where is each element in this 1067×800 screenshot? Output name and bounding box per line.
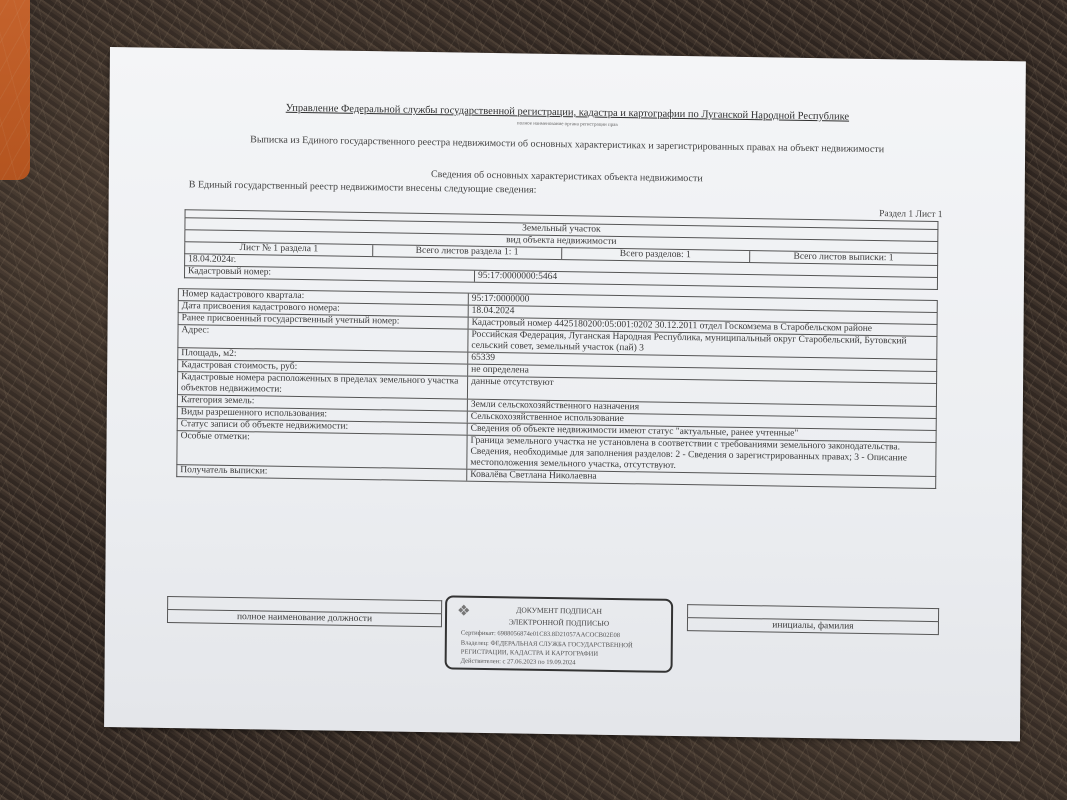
field-label: Кадастровые номера расположенных в преде… — [178, 372, 468, 399]
name-caption: инициалы, фамилия — [687, 617, 939, 635]
stamp-owner: Владелец: ФЕДЕРАЛЬНАЯ СЛУЖБА ГОСУДАРСТВЕ… — [461, 640, 633, 650]
section-sheet-label: Раздел 1 Лист 1 — [879, 209, 942, 220]
stamp-certificate: Сертификат: 6988056874e01C83.8D21057AACO… — [461, 630, 620, 639]
position-caption: полное наименование должности — [167, 609, 442, 627]
object-header-table: Земельный участок вид объекта недвижимос… — [184, 209, 939, 290]
stamp-owner-2: РЕГИСТРАЦИИ, КАДАСТРА И КАРТОГРАФИИ — [461, 649, 598, 658]
document-sheet: Управление Федеральной службы государств… — [104, 47, 1026, 741]
stamp-validity: Действителен: с 27.06.2023 по 19.09.2024 — [461, 658, 576, 667]
field-label: Адрес: — [178, 325, 468, 352]
stamp-line-1: ДОКУМЕНТ ПОДПИСАН — [447, 604, 671, 617]
section-intro: В Единый государственный реестр недвижим… — [189, 179, 537, 195]
field-label: Особые отметки: — [177, 431, 467, 469]
stamp-line-2: ЭЛЕКТРОННОЙ ПОДПИСЬЮ — [447, 616, 671, 629]
electronic-signature-stamp: ❖ ДОКУМЕНТ ПОДПИСАН ЭЛЕКТРОННОЙ ПОДПИСЬЮ… — [445, 595, 674, 673]
document-title: Выписка из Единого государственного реес… — [109, 132, 1025, 157]
characteristics-table: Номер кадастрового квартала:95:17:000000… — [176, 288, 938, 489]
